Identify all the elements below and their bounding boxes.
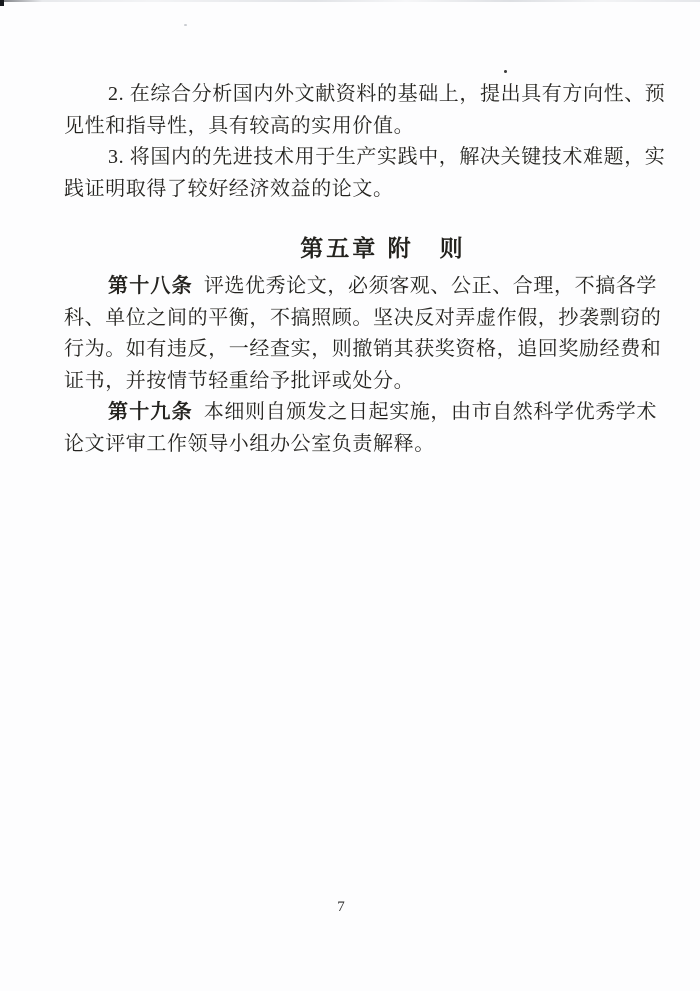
scan-edge-artifact xyxy=(0,0,700,2)
text-line: 见性和指导性，具有较高的实用价值。 xyxy=(64,111,650,143)
text-line: 行为。如有违反，一经查实，则撤销其获奖资格，追回奖励经费和 xyxy=(64,334,650,366)
text-line: 3. 将国内的先进技术用于生产实践中，解决关键技术难题，实 xyxy=(64,142,650,174)
article-18-text: 评选优秀论文，必须客观、公正、合理，不搞各学 xyxy=(204,275,657,297)
paragraph-item-2: 2. 在综合分析国内外文献资料的基础上，提出具有方向性、预 见性和指导性，具有较… xyxy=(64,79,650,142)
scan-speck xyxy=(184,24,187,26)
text-line: 2. 在综合分析国内外文献资料的基础上，提出具有方向性、预 xyxy=(64,79,650,111)
article-19-term: 第十九条 xyxy=(108,401,193,423)
text-line: 论文评审工作领导小组办公室负责解释。 xyxy=(64,429,650,461)
text-line: 科、单位之间的平衡，不搞照顾。坚决反对弄虚作假，抄袭剽窃的 xyxy=(64,303,650,335)
text-line: 第十九条本细则自颁发之日起实施，由市自然科学优秀学术 xyxy=(64,397,650,429)
scan-speck xyxy=(504,70,507,73)
text-line: 践证明取得了较好经济效益的论文。 xyxy=(64,174,650,206)
chapter-heading: 第五章 附 则 xyxy=(64,232,650,264)
paragraph-item-3: 3. 将国内的先进技术用于生产实践中，解决关键技术难题，实 践证明取得了较好经济… xyxy=(64,142,650,205)
article-19-text: 本细则自颁发之日起实施，由市自然科学优秀学术 xyxy=(204,401,657,423)
scan-corner-mark xyxy=(0,0,4,6)
document-body: 2. 在综合分析国内外文献资料的基础上，提出具有方向性、预 见性和指导性，具有较… xyxy=(64,79,650,460)
text-line: 证书，并按情节轻重给予批评或处分。 xyxy=(64,366,650,398)
scanned-document-page: 2. 在综合分析国内外文献资料的基础上，提出具有方向性、预 见性和指导性，具有较… xyxy=(0,0,700,991)
article-18-paragraph: 第十八条评选优秀论文，必须客观、公正、合理，不搞各学 科、单位之间的平衡，不搞照… xyxy=(64,271,650,397)
article-18-term: 第十八条 xyxy=(108,275,193,297)
page-number: 7 xyxy=(0,899,682,916)
text-line: 第十八条评选优秀论文，必须客观、公正、合理，不搞各学 xyxy=(64,271,650,303)
article-19-paragraph: 第十九条本细则自颁发之日起实施，由市自然科学优秀学术 论文评审工作领导小组办公室… xyxy=(64,397,650,460)
